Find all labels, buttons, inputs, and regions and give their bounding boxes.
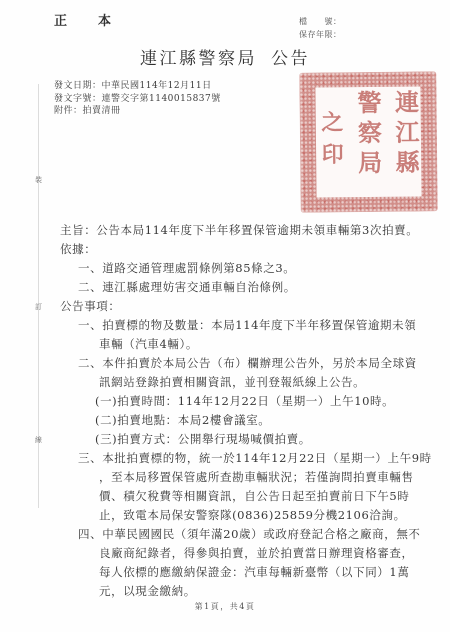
seal-text-column: 警察局 (355, 90, 380, 194)
official-seal-stamp: 連江縣 警察局 之印 (299, 71, 437, 212)
seal-text-column: 之印 (320, 110, 343, 174)
body-line: 二、連江縣處理妨害交通車輛自治條例。 (0, 278, 450, 297)
seal-text-column: 連江縣 (392, 89, 417, 193)
document-meta: 發文日期：中華民國114年12月11日 發文字號：連警交字第1140015837… (54, 80, 221, 118)
body-line: ，至本局移置保管處所查勘車輛狀況；若僅詢問拍賣車輛售 (0, 468, 450, 487)
document-title: 連江縣警察局公告 (0, 44, 450, 69)
page-number-footer: 第1頁，共4頁 (0, 601, 450, 612)
body-line: (三)拍賣方式：公開舉行現場喊價拍賣。 (0, 430, 450, 449)
body-line: 三、本批拍賣標的物，統一於114年12月22日（星期一）上午9時 (0, 449, 450, 468)
retention-period-label: 保存年限： (299, 28, 342, 41)
body-line: 止，致電本局保安警察隊(0836)25859分機2106洽詢。 (0, 506, 450, 525)
body-line: 每人依標的應繳納保證金：汽車每輛新臺幣（以下同）1萬 (0, 563, 450, 582)
body-line: 依據： (0, 240, 450, 259)
attachment-line: 附件：拍賣清冊 (54, 105, 221, 118)
body-line: 車輛（汽車4輛）。 (0, 335, 450, 354)
issue-date-line: 發文日期：中華民國114年12月11日 (54, 80, 221, 93)
body-line: (二)拍賣地點：本局2樓會議室。 (0, 411, 450, 430)
file-number-label: 檔 號： (299, 15, 342, 28)
header-file-info: 檔 號： 保存年限： (299, 15, 342, 41)
body-line: 一、拍賣標的物及數量：本局114年度下半年移置保管逾期未領 (0, 316, 450, 335)
document-type: 公告 (271, 49, 310, 69)
body-line: 價、積欠稅費等相關資訊，自公告日起至拍賣前日下午5時 (0, 487, 450, 506)
reference-number-line: 發文字號：連警交字第1140015837號 (54, 93, 221, 106)
body-line: 良廠商紀錄者，得參與拍賣，並於拍賣當日辦理資格審查， (0, 544, 450, 563)
agency-name: 連江縣警察局 (140, 49, 257, 69)
binding-mark-zhuang: 裝 (33, 175, 44, 185)
official-seal-face: 連江縣 警察局 之印 (315, 86, 421, 197)
body-line: 主旨：公告本局114年度下半年移置保管逾期未領車輛第3次拍賣。 (0, 221, 450, 240)
document-page: 正 本 檔 號： 保存年限： 連江縣警察局公告 發文日期：中華民國114年12月… (0, 0, 450, 632)
body-line: 二、本件拍賣於本局公告（布）欄辦理公告外，另於本局全球資 (0, 354, 450, 373)
body-line: 公告事項： (0, 297, 450, 316)
document-body: 主旨：公告本局114年度下半年移置保管逾期未領車輛第3次拍賣。 依據： 一、道路… (0, 221, 450, 601)
body-line: 訊網站登錄拍賣相關資訊，並刊登報紙線上公告。 (0, 373, 450, 392)
body-line: 一、道路交通管理處罰條例第85條之3。 (0, 259, 450, 278)
body-line: (一)拍賣時間：114年12月22日（星期一）上午10時。 (0, 392, 450, 411)
body-line: 元，以現金繳納。 (0, 582, 450, 601)
copy-type-label: 正 本 (54, 10, 120, 29)
body-line: 四、中華民國國民（須年滿20歲）或政府登記合格之廠商，無不 (0, 525, 450, 544)
